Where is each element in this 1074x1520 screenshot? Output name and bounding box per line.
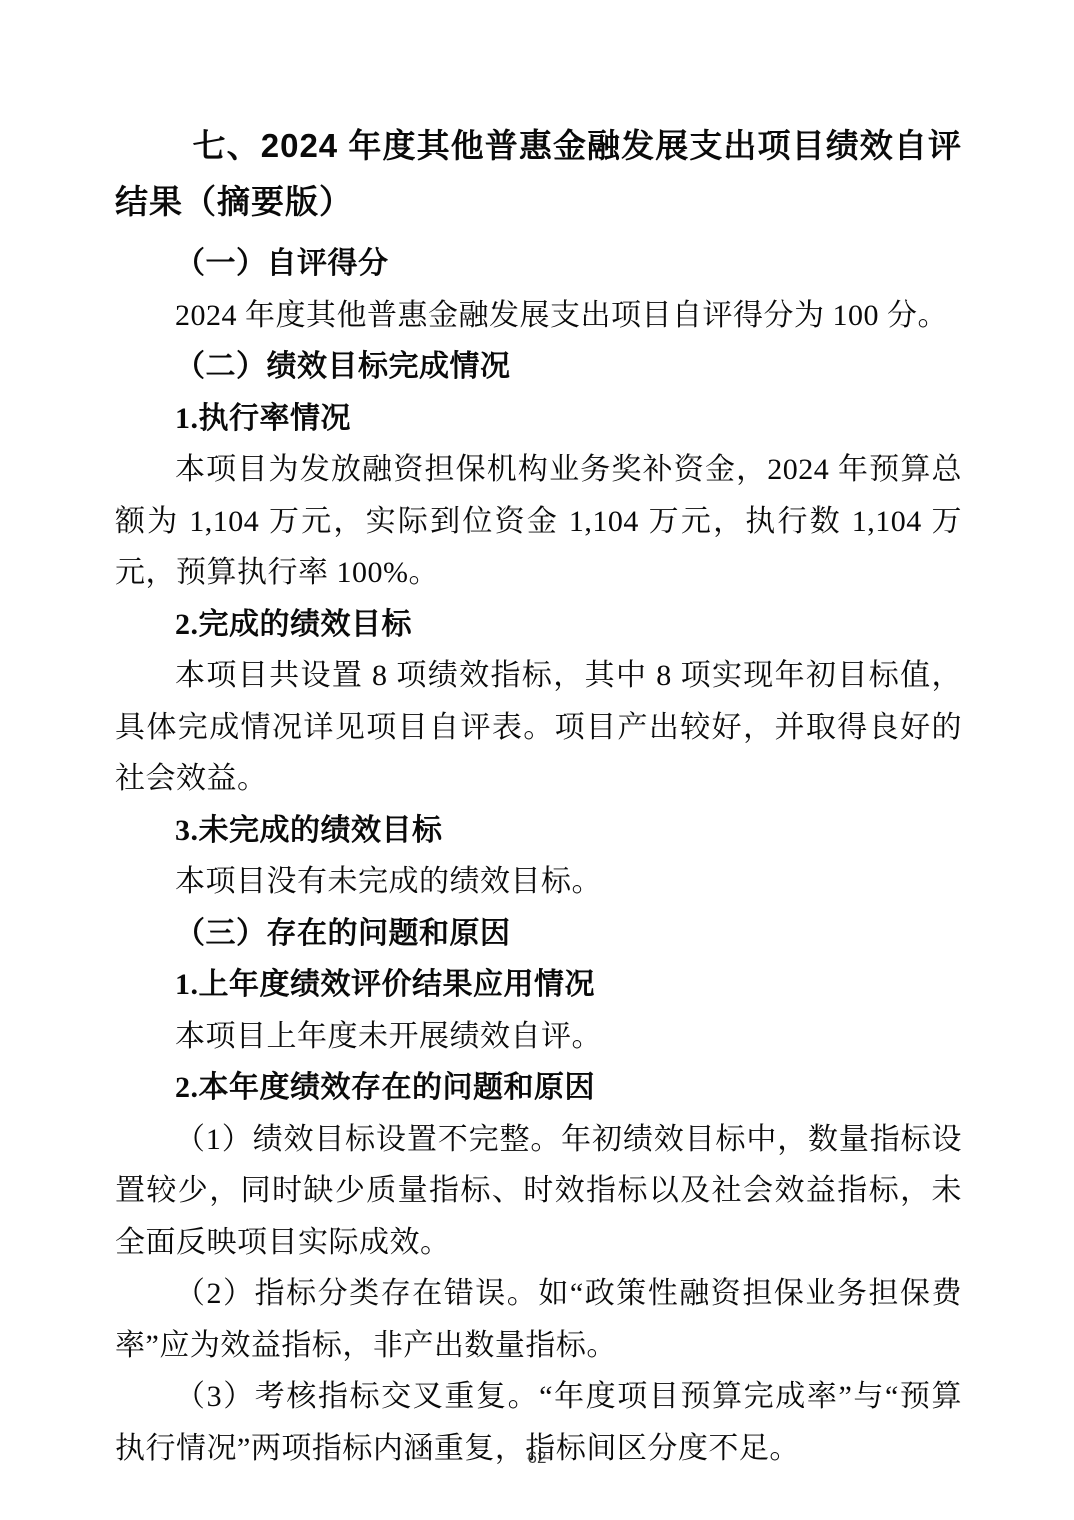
body-paragraph: 2024 年度其他普惠金融发展支出项目自评得分为 100 分。 [115, 290, 962, 342]
subsection-heading-completed-goals: 2.完成的绩效目标 [115, 599, 962, 651]
section-heading-goal-completion: （二）绩效目标完成情况 [115, 341, 962, 393]
document-body: （一）自评得分 2024 年度其他普惠金融发展支出项目自评得分为 100 分。 … [115, 238, 962, 1474]
body-paragraph: 本项目共设置 8 项绩效指标，其中 8 项实现年初目标值，具体完成情况详见项目自… [115, 650, 962, 805]
document-title: 七、2024 年度其他普惠金融发展支出项目绩效自评结果（摘要版） [115, 118, 962, 230]
body-paragraph-problem-1: （1）绩效目标设置不完整。年初绩效目标中，数量指标设置较少，同时缺少质量指标、时… [115, 1114, 962, 1269]
section-heading-problems-causes: （三）存在的问题和原因 [115, 908, 962, 960]
document-page: 七、2024 年度其他普惠金融发展支出项目绩效自评结果（摘要版） （一）自评得分… [0, 0, 1074, 1520]
body-paragraph-problem-2: （2）指标分类存在错误。如“政策性融资担保业务担保费率”应为效益指标，非产出数量… [115, 1268, 962, 1371]
subsection-heading-uncompleted-goals: 3.未完成的绩效目标 [115, 805, 962, 857]
subsection-heading-execution-rate: 1.执行率情况 [115, 393, 962, 445]
subsection-heading-current-year-problems: 2.本年度绩效存在的问题和原因 [115, 1062, 962, 1114]
section-heading-self-score: （一）自评得分 [115, 238, 962, 290]
body-paragraph: 本项目上年度未开展绩效自评。 [115, 1011, 962, 1063]
body-paragraph: 本项目没有未完成的绩效目标。 [115, 856, 962, 908]
subsection-heading-prior-year-application: 1.上年度绩效评价结果应用情况 [115, 959, 962, 1011]
page-number: 62 [0, 1448, 1074, 1468]
body-paragraph: 本项目为发放融资担保机构业务奖补资金，2024 年预算总额为 1,104 万元，… [115, 444, 962, 599]
